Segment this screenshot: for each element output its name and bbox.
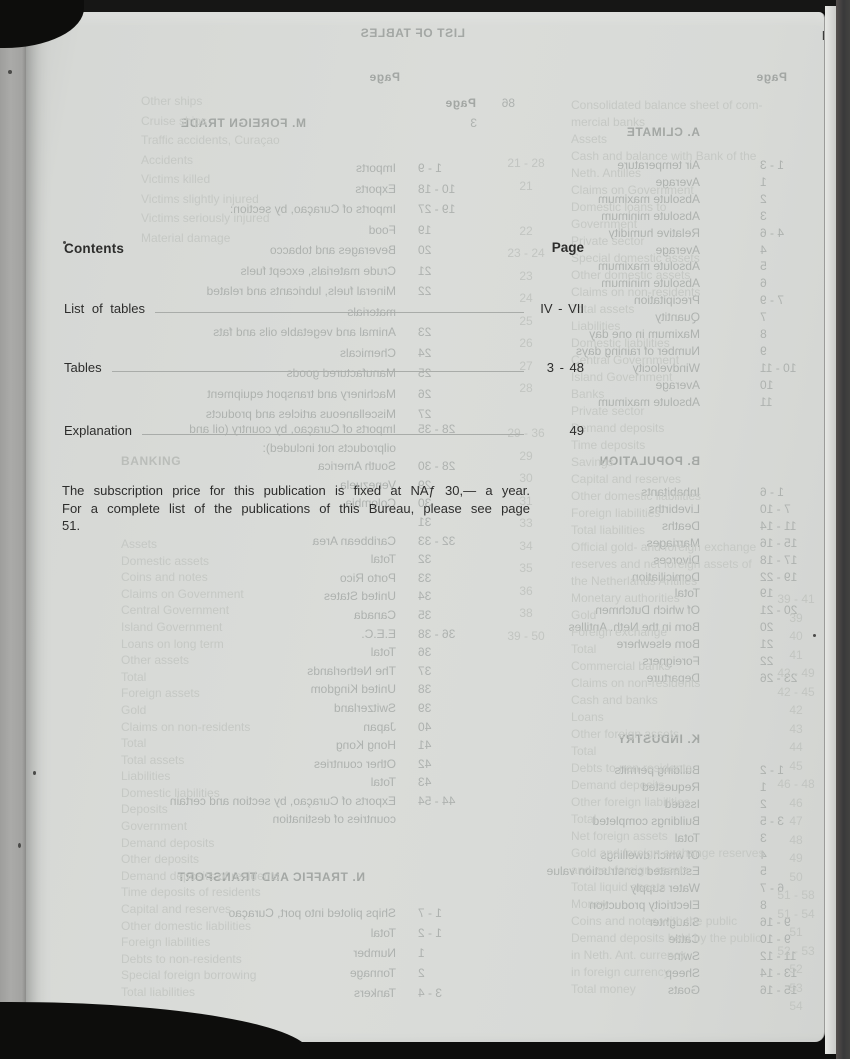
subscription-note: The subscription price for this publicat… xyxy=(62,482,530,535)
underlying-pages-edge xyxy=(825,6,836,1054)
scan-right-edge xyxy=(836,0,850,1059)
subscription-note-line: The subscription price for this publicat… xyxy=(62,482,530,500)
toc-row-tables: Tables 3 - 48 xyxy=(64,360,584,375)
toc-entry-label: List of tables xyxy=(64,301,145,316)
toc-entry-page: 3 - 48 xyxy=(534,360,584,375)
dust-speck xyxy=(18,843,21,848)
toc-row-explanation: Explanation 49 xyxy=(64,423,584,438)
toc-entry-page: IV - VII xyxy=(534,301,584,316)
toc-entry-page: 49 xyxy=(534,423,584,438)
scanned-page-spread: LIST OF TABLESM. FOREIGN TRADEA. CLIMATE… xyxy=(0,0,850,1059)
leader-line xyxy=(112,370,524,372)
leader-line xyxy=(142,433,524,435)
subscription-note-line: For a complete list of the publications … xyxy=(62,500,530,535)
page-column-heading: Page xyxy=(64,240,584,255)
toc-row-list-of-tables: List of tables IV - VII xyxy=(64,301,584,316)
toc-entry-label: Explanation xyxy=(64,423,132,438)
leader-line xyxy=(155,311,524,313)
dust-speck xyxy=(8,70,12,74)
contents-page: LIST OF TABLESM. FOREIGN TRADEA. CLIMATE… xyxy=(26,12,825,1042)
scan-top-edge xyxy=(0,0,850,12)
toc-entry-label: Tables xyxy=(64,360,102,375)
printed-content: III Contents Page List of tables IV - VI… xyxy=(26,12,824,1042)
book-spine-edge xyxy=(0,10,26,1024)
